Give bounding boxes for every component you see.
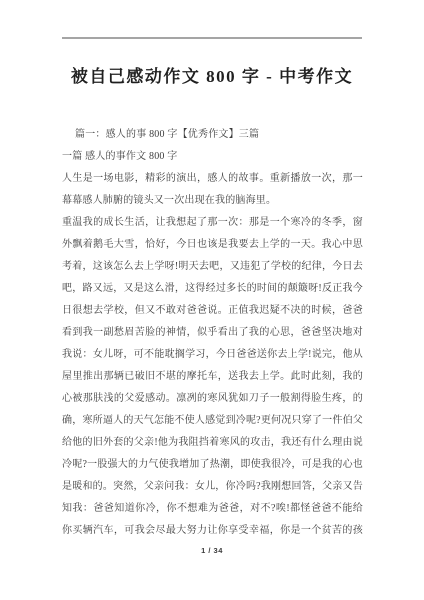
- body-line: 确，寒所逼人的天气怎能不使人感觉到冷呢?更何况只穿了一件伯父: [62, 410, 363, 432]
- body-line: 一篇 感人的事作文 800 字: [62, 146, 363, 168]
- body-line: 外飘着鹅毛大雪，恰好，今日也该是我要去上学的一天。我心中思: [62, 234, 363, 256]
- body-line: 日很想去学校，但又不敢对爸爸说。正值我迟疑不决的时候，爸爸: [62, 300, 363, 322]
- body-line: 屋里推出那辆已破旧不堪的摩托车，送我去上学。此时此刻，我的: [62, 366, 363, 388]
- body-line: 我说：女儿呀，可不能耽搁学习，今日爸爸送你去上学!说完，他从: [62, 344, 363, 366]
- body-line: 冷呢?一股强大的力气使我增加了热潮，即使我很冷，可是我的心也: [62, 454, 363, 476]
- body-line: 看到我一副愁眉苦脸的神情，似乎看出了我的心思，爸爸坚决地对: [62, 322, 363, 344]
- body-line: 是暖和的。突然，父亲问我：女儿，你冷吗?我刚想回答，父亲又告: [62, 476, 363, 498]
- body-line: 吧，路又远，又是这么滑，这得经过多长的时间的颠簸呀!反正我今: [62, 278, 363, 300]
- body-line: 篇一：感人的事 800 字【优秀作文】三篇: [62, 124, 363, 146]
- body-line: 你买辆汽车，可我会尽最大努力让你享受幸福，你是一个贫苦的孩: [62, 520, 363, 542]
- page-number: 1 / 34: [0, 546, 424, 555]
- document-page: 被自己感动作文 800 字 - 中考作文 篇一：感人的事 800 字【优秀作文】…: [0, 0, 424, 600]
- body-line: 给他的旧外套的父亲!他为我阻挡着寒风的攻击，我还有什么理由说: [62, 432, 363, 454]
- body-line: 考着，这该怎么去上学呀!明天去吧，又违犯了学校的纪律，今日去: [62, 256, 363, 278]
- title-divider: [62, 37, 362, 39]
- body-line: 幕幕感人肺腑的镜头又一次出现在我的脑海里。: [62, 190, 363, 212]
- body-line: 心被那肤浅的父爱感动。凛冽的寒风犹如刀子一般割得脸生疼，的: [62, 388, 363, 410]
- document-body: 篇一：感人的事 800 字【优秀作文】三篇 一篇 感人的事作文 800 字 人生…: [62, 124, 363, 542]
- body-line: 重温我的成长生活，让我想起了那一次：那是一个寒冷的冬季，窗: [62, 212, 363, 234]
- body-line: 人生是一场电影，精彩的演出，感人的故事。重新播放一次，那一: [62, 168, 363, 190]
- document-title: 被自己感动作文 800 字 - 中考作文: [20, 62, 404, 87]
- body-line: 知我：爸爸知道你冷，你不想难为爸爸，对不?唉!都怪爸爸不能给: [62, 498, 363, 520]
